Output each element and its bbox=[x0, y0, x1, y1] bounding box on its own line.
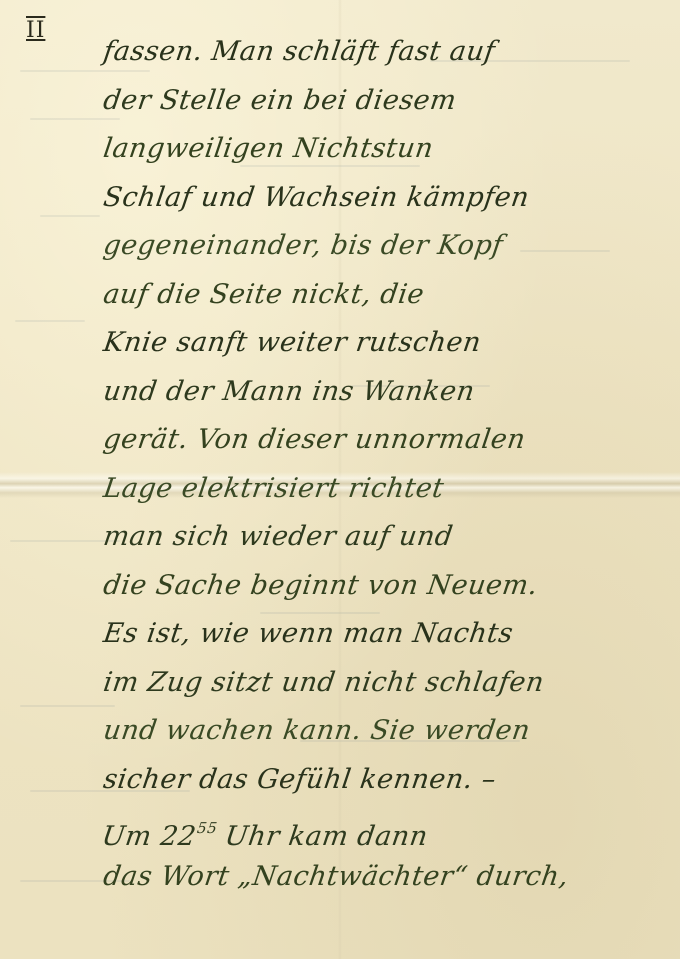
letter-page: II fassen. Man schläft fast auf der Stel… bbox=[0, 0, 680, 959]
time-minutes-superscript: 55 bbox=[196, 819, 219, 837]
text-line-1: fassen. Man schläft fast auf bbox=[100, 28, 667, 77]
page-number: II bbox=[26, 18, 45, 43]
text-line-11: man sich wieder auf und bbox=[100, 513, 667, 562]
text-line-17: Um 2255 Uhr kam dann bbox=[100, 804, 667, 853]
text-line-18: das Wort „Nachtwächter“ durch, bbox=[100, 853, 667, 902]
text-line-6: auf die Seite nickt, die bbox=[100, 271, 667, 320]
handwritten-text: fassen. Man schläft fast auf der Stelle … bbox=[100, 28, 660, 901]
text-line-12: die Sache beginnt von Neuem. bbox=[100, 562, 667, 611]
time-prefix: Um 22 bbox=[100, 821, 198, 852]
text-line-9: gerät. Von dieser unnormalen bbox=[100, 416, 667, 465]
time-suffix: Uhr kam dann bbox=[214, 821, 430, 852]
text-line-5: gegeneinander, bis der Kopf bbox=[100, 222, 667, 271]
text-line-8: und der Mann ins Wanken bbox=[100, 368, 667, 417]
text-line-14: im Zug sitzt und nicht schlafen bbox=[100, 659, 667, 708]
text-line-4: Schlaf und Wachsein kämpfen bbox=[100, 174, 667, 223]
text-line-7: Knie sanft weiter rutschen bbox=[100, 319, 667, 368]
text-line-10: Lage elektrisiert richtet bbox=[100, 465, 667, 514]
text-line-13: Es ist, wie wenn man Nachts bbox=[100, 610, 667, 659]
text-line-15: und wachen kann. Sie werden bbox=[100, 707, 667, 756]
text-line-2: der Stelle ein bei diesem bbox=[100, 77, 667, 126]
text-line-16: sicher das Gefühl kennen. – bbox=[100, 756, 667, 805]
text-line-3: langweiligen Nichtstun bbox=[100, 125, 667, 174]
